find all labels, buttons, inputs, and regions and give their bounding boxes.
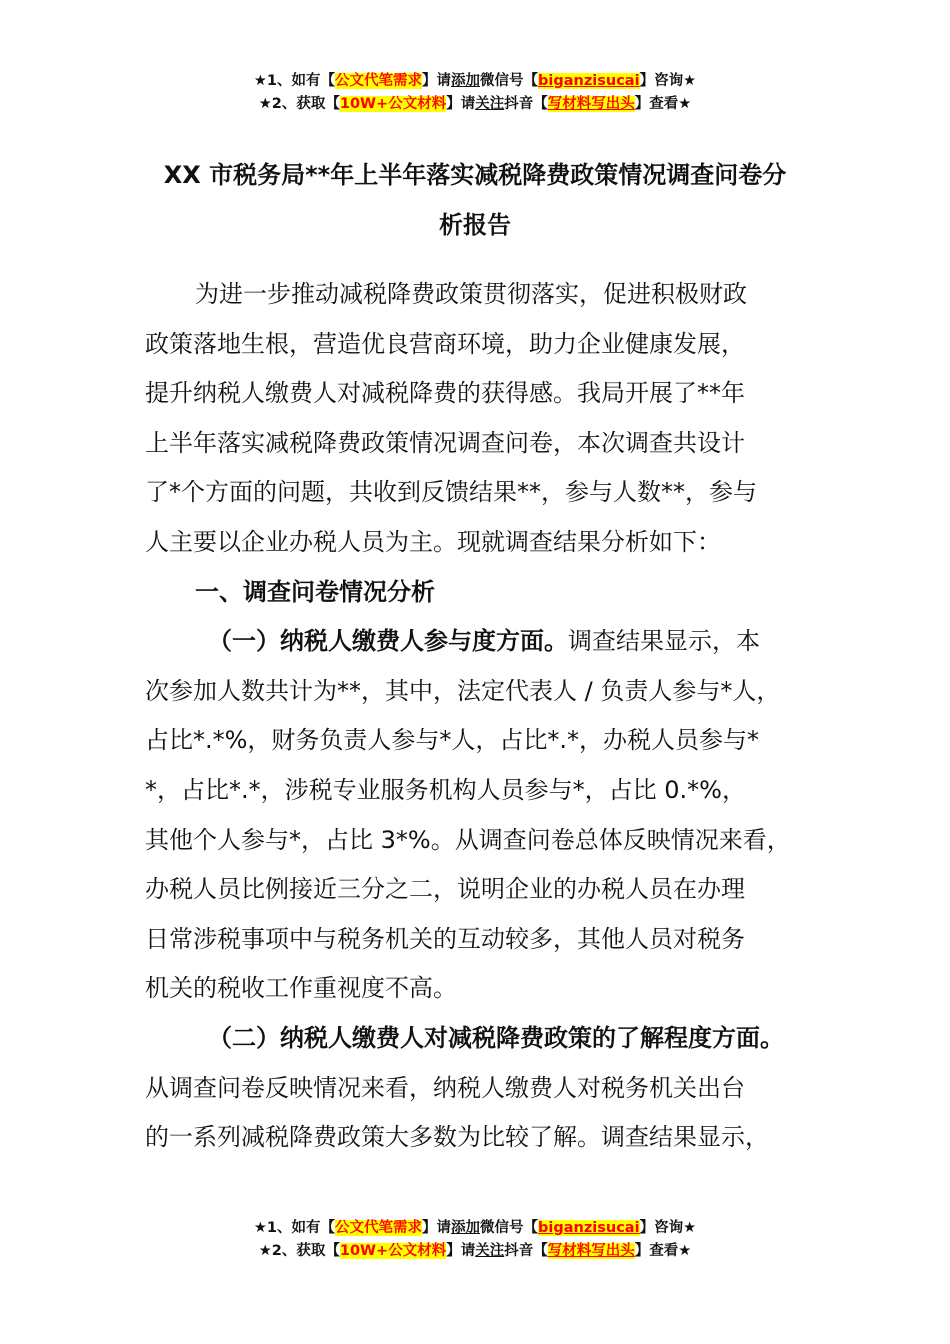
banner-text: 】查看★ (635, 1243, 692, 1259)
title-line-2: 析报告 (140, 200, 810, 250)
banner-text: 】请 (422, 73, 451, 89)
banner-text: 】请 (422, 1220, 451, 1236)
banner-line-2: ★2、获取【10W+公文材料】请关注抖音【写材料写出头】查看★ (0, 93, 950, 116)
banner-line-1: ★1、如有【公文代笔需求】请添加微信号【biganzisucai】咨询★ (0, 70, 950, 93)
body-line: 了*个方面的问题，共收到反馈结果**，参与人数**，参与 (145, 468, 825, 518)
banner-text: 】查看★ (635, 96, 692, 112)
banner-text: ★1、如有【 (254, 73, 335, 89)
body-line: 为进一步推动减税降费政策贯彻落实，促进积极财政 (145, 270, 825, 320)
body-line: 人主要以企业办税人员为主。现就调查结果分析如下： (145, 518, 825, 568)
body-line: 办税人员比例接近三分之二，说明企业的办税人员在办理 (145, 865, 825, 915)
body-line: 次参加人数共计为**，其中，法定代表人 / 负责人参与*人， (145, 667, 825, 717)
subsection-heading-1: （一）纳税人缴费人参与度方面。 (208, 627, 568, 655)
wechat-id: biganzisucai (538, 1220, 640, 1236)
document-body: 为进一步推动减税降费政策贯彻落实，促进积极财政 政策落地生根，营造优良营商环境，… (145, 270, 825, 1163)
banner-text: 】请 (446, 96, 475, 112)
banner-text: 】咨询★ (640, 73, 697, 89)
top-banner: ★1、如有【公文代笔需求】请添加微信号【biganzisucai】咨询★ ★2、… (0, 70, 950, 116)
highlight-service: 公文代笔需求 (335, 73, 422, 89)
body-line: 从调查问卷反映情况来看，纳税人缴费人对税务机关出台 (145, 1064, 825, 1114)
banner-text: 抖音【 (504, 1243, 548, 1259)
subsection-1-first-line: （一）纳税人缴费人参与度方面。调查结果显示，本 (145, 617, 825, 667)
wechat-id: biganzisucai (538, 73, 640, 89)
underlined-add: 添加 (451, 73, 480, 89)
body-line: 政策落地生根，营造优良营商环境，助力企业健康发展， (145, 320, 825, 370)
title-line-1: XX 市税务局**年上半年落实减税降费政策情况调查问卷分 (140, 150, 810, 200)
section-heading-1: 一、调查问卷情况分析 (145, 568, 825, 618)
body-line: 其他个人参与*，占比 3*%。从调查问卷总体反映情况来看， (145, 816, 825, 866)
body-line: 日常涉税事项中与税务机关的互动较多，其他人员对税务 (145, 915, 825, 965)
body-text: 调查结果显示，本 (568, 627, 760, 655)
banner-text: 微信号【 (480, 1220, 538, 1236)
highlight-materials: 10W+公文材料 (340, 1243, 446, 1259)
body-line: *，占比*.*，涉税专业服务机构人员参与*，占比 0.*%， (145, 766, 825, 816)
douyin-account: 写材料写出头 (548, 1243, 635, 1259)
highlight-materials: 10W+公文材料 (340, 96, 446, 112)
douyin-account: 写材料写出头 (548, 96, 635, 112)
underlined-follow: 关注 (475, 1243, 504, 1259)
banner-line-2: ★2、获取【10W+公文材料】请关注抖音【写材料写出头】查看★ (0, 1240, 950, 1263)
subsection-heading-2: （二）纳税人缴费人对减税降费政策的了解程度方面。 (145, 1014, 825, 1064)
document-title: XX 市税务局**年上半年落实减税降费政策情况调查问卷分 析报告 (140, 150, 810, 250)
underlined-follow: 关注 (475, 96, 504, 112)
banner-text: 抖音【 (504, 96, 548, 112)
body-line: 机关的税收工作重视度不高。 (145, 964, 825, 1014)
body-line: 上半年落实减税降费政策情况调查问卷，本次调查共设计 (145, 419, 825, 469)
banner-text: ★2、获取【 (259, 96, 340, 112)
body-line: 的一系列减税降费政策大多数为比较了解。调查结果显示， (145, 1113, 825, 1163)
body-line: 提升纳税人缴费人对减税降费的获得感。我局开展了**年 (145, 369, 825, 419)
banner-text: 】请 (446, 1243, 475, 1259)
body-line: 占比*.*%，财务负责人参与*人，占比*.*，办税人员参与* (145, 716, 825, 766)
banner-line-1: ★1、如有【公文代笔需求】请添加微信号【biganzisucai】咨询★ (0, 1217, 950, 1240)
underlined-add: 添加 (451, 1220, 480, 1236)
banner-text: ★1、如有【 (254, 1220, 335, 1236)
highlight-service: 公文代笔需求 (335, 1220, 422, 1236)
banner-text: 微信号【 (480, 73, 538, 89)
banner-text: 】咨询★ (640, 1220, 697, 1236)
bottom-banner: ★1、如有【公文代笔需求】请添加微信号【biganzisucai】咨询★ ★2、… (0, 1217, 950, 1263)
banner-text: ★2、获取【 (259, 1243, 340, 1259)
